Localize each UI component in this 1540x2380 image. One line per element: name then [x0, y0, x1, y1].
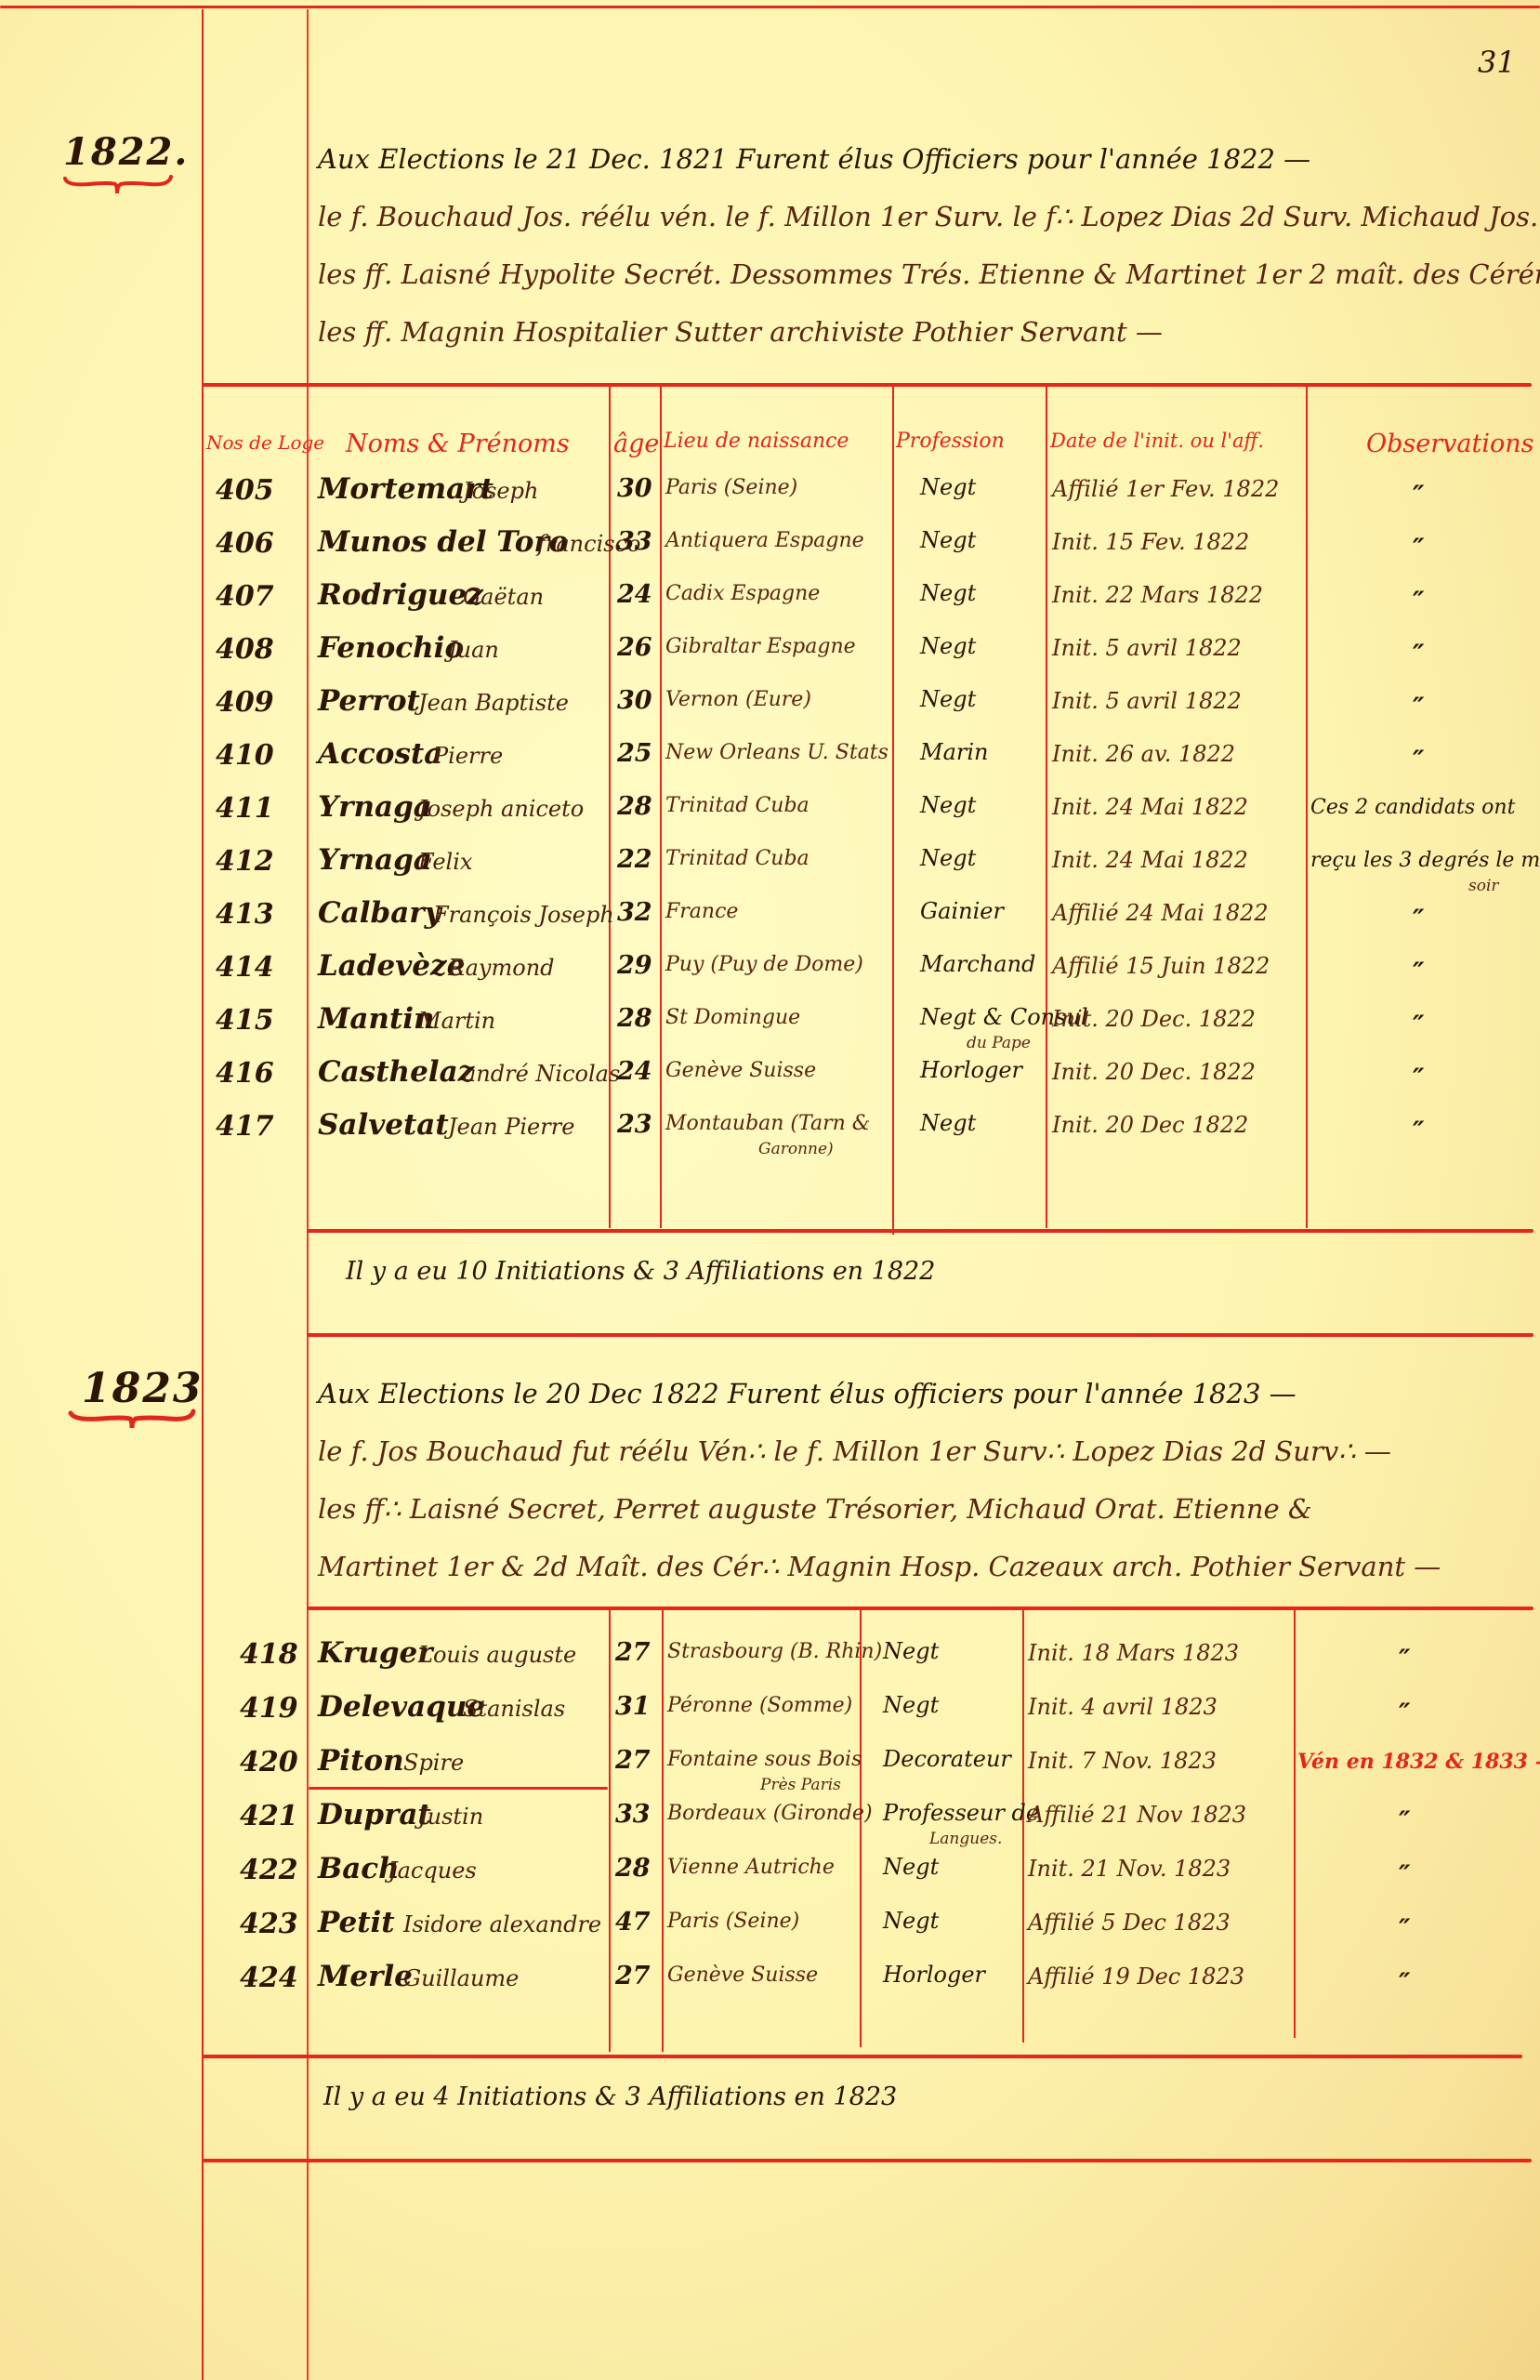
- ditto-mark: ″: [1413, 904, 1425, 934]
- member-age: 28: [617, 792, 652, 821]
- member-surname: Kruger: [318, 1636, 433, 1670]
- column-rule: [662, 1610, 664, 2052]
- ditto-mark: ″: [1413, 692, 1425, 722]
- column-rule: [1022, 1610, 1024, 2043]
- member-given-names: Gaëtan: [463, 584, 544, 610]
- birthplace-line2: Garonne): [758, 1140, 834, 1158]
- ditto-mark: ″: [1399, 1644, 1411, 1674]
- table-bottom-rule: [203, 2055, 1522, 2058]
- election-line: les ff. Laisné Hypolite Secrét. Dessomme…: [318, 245, 1526, 303]
- initiation-date: Init. 20 Dec 1822: [1052, 1112, 1248, 1138]
- election-paragraph-1822: Aux Elections le 21 Dec. 1821 Furent élu…: [318, 130, 1526, 361]
- birthplace: Genève Suisse: [667, 1963, 818, 1987]
- observation-note: reçu les 3 degrés le même: [1310, 849, 1540, 872]
- member-age: 26: [617, 633, 652, 662]
- member-given-names: Spire: [403, 1750, 464, 1776]
- birthplace: Vienne Autriche: [667, 1856, 835, 1879]
- lodge-number: 409: [216, 686, 274, 719]
- initiation-date: Init. 15 Fev. 1822: [1052, 529, 1249, 555]
- member-surname: Mantin: [318, 1002, 435, 1036]
- header-date: Date de l'init. ou l'aff.: [1050, 430, 1264, 452]
- birthplace: Antiquera Espagne: [665, 529, 864, 552]
- birthplace: Paris (Seine): [667, 1910, 799, 1933]
- observation-note: Vén en 1832 & 1833 —: [1297, 1750, 1540, 1774]
- member-surname: Piton: [318, 1744, 404, 1778]
- initiation-date: Affilié 24 Mai 1822: [1052, 900, 1269, 926]
- member-surname: Yrnaga: [318, 790, 432, 824]
- table-bottom-rule: [307, 1229, 1533, 1233]
- section-rule: [203, 2159, 1532, 2162]
- lodge-number: 408: [216, 633, 274, 666]
- election-line: les ff∴ Laisné Secret, Perret auguste Tr…: [318, 1480, 1526, 1538]
- ditto-mark: ″: [1413, 586, 1425, 616]
- member-given-names: Isidore alexandre: [403, 1911, 601, 1937]
- ditto-mark: ″: [1413, 480, 1425, 510]
- ditto-mark: ″: [1399, 1698, 1411, 1728]
- member-given-names: Jacques: [388, 1858, 477, 1884]
- member-age: 28: [615, 1854, 651, 1883]
- member-given-names: Juan: [448, 637, 499, 663]
- member-age: 23: [617, 1110, 652, 1139]
- year-label-1822: 1822.: [63, 130, 189, 174]
- page-number: 31: [1478, 45, 1516, 80]
- lodge-number: 420: [240, 1746, 298, 1778]
- member-age: 27: [615, 1962, 651, 1990]
- birthplace: Genève Suisse: [665, 1059, 816, 1082]
- member-given-names: Jean Pierre: [448, 1114, 574, 1140]
- observation-note: Ces 2 candidats ont: [1310, 796, 1515, 819]
- initiation-date: Affilié 19 Dec 1823: [1028, 1963, 1244, 1990]
- birthplace: Strasbourg (B. Rhin): [667, 1640, 882, 1663]
- initiation-date: Init. 24 Mai 1822: [1052, 794, 1248, 820]
- lodge-number: 414: [216, 951, 274, 984]
- section-rule: [203, 383, 1532, 387]
- initiation-date: Affilié 21 Nov 1823: [1028, 1802, 1246, 1828]
- member-given-names: Joseph: [463, 478, 538, 504]
- election-line: le f. Jos Bouchaud fut réélu Vén∴ le f. …: [318, 1422, 1526, 1480]
- column-rule: [892, 387, 894, 1235]
- profession: Decorateur: [883, 1746, 1011, 1772]
- initiation-date: Init. 20 Dec. 1822: [1052, 1006, 1256, 1032]
- member-age: 33: [615, 1800, 651, 1829]
- column-rule: [1294, 1610, 1296, 2038]
- birthplace: Paris (Seine): [665, 476, 797, 499]
- member-given-names: Martin: [418, 1008, 495, 1034]
- birthplace: Vernon (Eure): [665, 688, 811, 711]
- red-brace-ornament: [67, 1408, 197, 1430]
- member-age: 25: [617, 739, 652, 768]
- member-surname: Merle: [318, 1960, 413, 1993]
- ditto-mark: ″: [1413, 1063, 1425, 1093]
- profession: Horloger: [883, 1962, 985, 1988]
- header-no: Nos de Loge: [206, 431, 324, 454]
- profession: Horloger: [920, 1057, 1022, 1083]
- profession: Negt: [920, 845, 976, 871]
- member-surname: Bach: [318, 1852, 400, 1885]
- column-rule: [1046, 387, 1047, 1228]
- election-line: les ff. Magnin Hospitalier Sutter archiv…: [318, 303, 1526, 361]
- initiation-date: Init. 5 avril 1822: [1052, 635, 1242, 661]
- initiation-date: Init. 7 Nov. 1823: [1028, 1748, 1217, 1774]
- member-age: 28: [617, 1004, 652, 1033]
- lodge-number: 407: [216, 580, 274, 613]
- ditto-mark: ″: [1413, 745, 1425, 775]
- member-age: 31: [615, 1692, 651, 1721]
- member-surname: Yrnaga: [318, 843, 432, 877]
- member-given-names: Jean Baptiste: [418, 690, 569, 716]
- column-rule: [1306, 387, 1308, 1228]
- profession: Negt: [920, 474, 976, 500]
- year-label-1823: 1823: [82, 1365, 203, 1412]
- header-profession: Profession: [896, 430, 1005, 453]
- profession: Negt: [920, 580, 976, 606]
- birthplace: Trinitad Cuba: [665, 847, 809, 870]
- initiation-date: Init. 18 Mars 1823: [1028, 1640, 1239, 1666]
- birthplace: St Domingue: [665, 1006, 800, 1029]
- birthplace: Péronne (Somme): [667, 1694, 852, 1717]
- member-surname: Fenochio: [318, 631, 464, 665]
- lodge-number: 423: [240, 1908, 298, 1940]
- birthplace: Fontaine sous Bois: [667, 1748, 862, 1771]
- header-name: Noms & Prénoms: [346, 430, 570, 458]
- initiation-date: Init. 22 Mars 1822: [1052, 582, 1263, 608]
- header-age: âge: [613, 430, 659, 458]
- header-birthplace: Lieu de naissance: [664, 430, 849, 453]
- member-surname: Duprat: [318, 1798, 431, 1831]
- lodge-number: 412: [216, 845, 274, 878]
- initiation-date: Init. 4 avril 1823: [1028, 1694, 1218, 1720]
- member-surname: Munos del Toro: [318, 525, 568, 559]
- birthplace: Cadix Espagne: [665, 582, 820, 605]
- profession: Negt: [883, 1854, 939, 1880]
- profession: Negt: [920, 686, 976, 712]
- lodge-number: 418: [240, 1638, 298, 1671]
- member-age: 22: [617, 845, 652, 874]
- margin-rule-right: [307, 9, 309, 2380]
- member-age: 27: [615, 1638, 651, 1667]
- member-age: 29: [617, 951, 652, 980]
- member-given-names: François Joseph: [433, 902, 614, 928]
- lodge-number: 419: [240, 1692, 298, 1725]
- lodge-number: 405: [216, 474, 274, 507]
- profession: Marchand: [920, 951, 1035, 977]
- red-brace-ornament: [61, 173, 173, 195]
- member-surname: Calbary: [318, 896, 441, 930]
- lodge-number: 422: [240, 1854, 298, 1886]
- member-age: 30: [617, 474, 652, 503]
- lodge-number: 411: [216, 792, 274, 825]
- column-rule: [609, 387, 611, 1228]
- election-paragraph-1823: Aux Elections le 20 Dec 1822 Furent élus…: [318, 1365, 1526, 1595]
- profession: Negt: [883, 1638, 939, 1664]
- birthplace: Trinitad Cuba: [665, 794, 809, 817]
- birthplace: Bordeaux (Gironde): [667, 1802, 873, 1825]
- member-given-names: Justin: [418, 1804, 483, 1830]
- top-rule: [0, 6, 1540, 8]
- ditto-mark: ″: [1413, 533, 1425, 563]
- profession: Negt: [883, 1908, 939, 1934]
- column-rule: [860, 1610, 862, 2047]
- ditto-mark: ″: [1413, 1010, 1425, 1040]
- member-surname: Ladevèze: [318, 949, 465, 983]
- lodge-number: 415: [216, 1004, 274, 1037]
- member-surname: Perrot: [318, 684, 420, 718]
- initiation-date: Init. 24 Mai 1822: [1052, 847, 1248, 873]
- observation-note-line2: soir: [1468, 877, 1499, 895]
- member-given-names: andré Nicolas: [463, 1061, 620, 1087]
- section-rule: [307, 1606, 1533, 1610]
- section-rule: [307, 1333, 1533, 1337]
- member-surname: Casthelaz: [318, 1055, 474, 1089]
- ditto-mark: ″: [1413, 1116, 1425, 1146]
- profession: Negt: [920, 527, 976, 553]
- birthplace: France: [665, 900, 738, 923]
- birthplace: Montauban (Tarn &: [665, 1112, 870, 1135]
- lodge-number: 421: [240, 1800, 298, 1832]
- profession-line2: du Pape: [967, 1034, 1031, 1052]
- member-surname: Petit: [318, 1906, 395, 1939]
- name-underline: [309, 1787, 608, 1790]
- profession: Negt: [920, 792, 976, 818]
- column-rule: [609, 1610, 611, 2052]
- summary-1822: Il y a eu 10 Initiations & 3 Affiliation…: [346, 1257, 935, 1286]
- member-age: 33: [617, 527, 652, 556]
- birthplace: Gibraltar Espagne: [665, 635, 856, 658]
- ditto-mark: ″: [1399, 1859, 1411, 1890]
- profession: Negt: [920, 1110, 976, 1136]
- lodge-number: 406: [216, 527, 274, 560]
- column-rule: [660, 387, 662, 1228]
- profession: Marin: [920, 739, 989, 765]
- summary-1823: Il y a eu 4 Initiations & 3 Affiliations…: [323, 2082, 897, 2111]
- member-age: 24: [617, 580, 652, 609]
- election-line: le f. Bouchaud Jos. réélu vén. le f. Mil…: [318, 188, 1526, 245]
- birthplace: New Orleans U. Stats: [665, 741, 888, 764]
- member-given-names: Louis auguste: [418, 1642, 576, 1668]
- initiation-date: Init. 21 Nov. 1823: [1028, 1856, 1231, 1882]
- lodge-number: 416: [216, 1057, 274, 1090]
- member-age: 47: [615, 1908, 651, 1937]
- lodge-number: 424: [240, 1962, 298, 1994]
- member-age: 24: [617, 1057, 652, 1086]
- member-surname: Salvetat: [318, 1108, 449, 1142]
- member-given-names: Joseph aniceto: [418, 796, 584, 822]
- birthplace: Puy (Puy de Dome): [665, 953, 863, 976]
- birthplace-line2: Près Paris: [760, 1776, 841, 1794]
- member-given-names: Felix: [418, 849, 472, 875]
- profession: Professeur de: [883, 1800, 1039, 1826]
- member-given-names: Raymond: [448, 955, 555, 981]
- member-given-names: Pierre: [433, 743, 503, 769]
- initiation-date: Affilié 5 Dec 1823: [1028, 1910, 1231, 1936]
- lodge-number: 413: [216, 898, 274, 931]
- member-surname: Rodriguez: [318, 578, 483, 612]
- initiation-date: Init. 5 avril 1822: [1052, 688, 1242, 714]
- member-age: 30: [617, 686, 652, 715]
- member-surname: Delevaque: [318, 1690, 485, 1724]
- lodge-number: 417: [216, 1110, 274, 1143]
- ditto-mark: ″: [1413, 639, 1425, 669]
- election-line: Martinet 1er & 2d Maît. des Cér∴ Magnin …: [318, 1538, 1526, 1595]
- election-line: Aux Elections le 20 Dec 1822 Furent élus…: [318, 1365, 1526, 1422]
- member-given-names: Guillaume: [403, 1965, 519, 1991]
- profession: Negt: [920, 633, 976, 659]
- margin-rule-left: [202, 9, 204, 2380]
- initiation-date: Affilié 15 Juin 1822: [1052, 953, 1270, 979]
- lodge-number: 410: [216, 739, 274, 772]
- initiation-date: Init. 26 av. 1822: [1052, 741, 1235, 767]
- member-given-names: Stanislas: [463, 1696, 565, 1722]
- member-surname: Accosta: [318, 737, 442, 771]
- initiation-date: Affilié 1er Fev. 1822: [1052, 476, 1279, 502]
- profession: Gainier: [920, 898, 1004, 924]
- header-observations: Observations: [1366, 430, 1534, 458]
- member-age: 27: [615, 1746, 651, 1775]
- election-line: Aux Elections le 21 Dec. 1821 Furent élu…: [318, 130, 1526, 188]
- profession: Negt: [883, 1692, 939, 1718]
- member-age: 32: [617, 898, 652, 927]
- ditto-mark: ″: [1413, 957, 1425, 987]
- initiation-date: Init. 20 Dec. 1822: [1052, 1059, 1256, 1085]
- ditto-mark: ″: [1399, 1967, 1411, 1998]
- ditto-mark: ″: [1399, 1913, 1411, 1944]
- profession-line2: Langues.: [929, 1830, 1002, 1848]
- ditto-mark: ″: [1399, 1805, 1411, 1836]
